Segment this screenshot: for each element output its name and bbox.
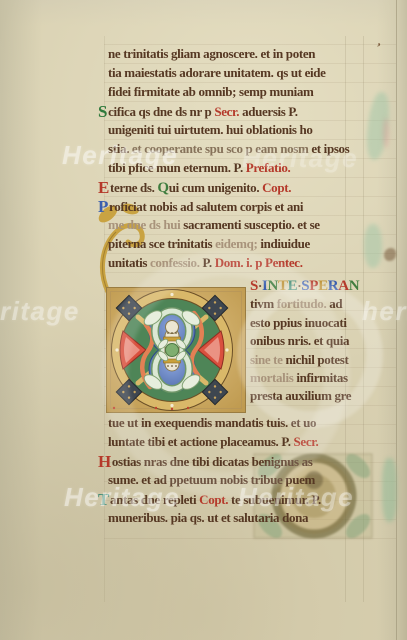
text-segment: et cooperante spu sco p eam nosm (132, 141, 309, 156)
text-segment: onibus nris. et quia (250, 333, 349, 348)
text-segment: sine te (250, 352, 285, 367)
text-segment: Prefatio. (246, 160, 291, 175)
text-segment: esto ppius inuocati (250, 315, 347, 330)
versal-initial: P (98, 197, 109, 216)
versal-initial: T (98, 490, 110, 509)
text-segment: terne ds. (110, 180, 157, 195)
text-segment: te subuenimur. P. (231, 492, 321, 507)
text-segment: N (349, 278, 359, 294)
text-segment: Copt. (199, 492, 231, 507)
text-segment: antas dne repleti (110, 492, 199, 507)
text-segment: stia. (108, 141, 132, 156)
text-line: muneribus. pia qs. ut et salutaria dona (108, 508, 396, 527)
text-segment: T (278, 278, 288, 294)
text-segment: me dne ds hui (108, 217, 183, 232)
text-line: fidei firmitate ab omnib; semp muniam (108, 82, 396, 101)
text-line: luntate tibi et actione placeamus. P. Se… (108, 432, 396, 451)
text-line: onibus nris. et quia (250, 332, 396, 350)
text-segment: piterna sce trinitatis (108, 236, 215, 251)
text-line: mortalis infirmitas (250, 369, 396, 387)
text-segment: tia maiestatis adorare unitatem. qs ut e… (108, 65, 326, 80)
text-segment: ad (329, 296, 342, 311)
text-line: ne trinitatis gliam agnoscere. et in pot… (108, 44, 396, 63)
text-line: sume. et ad ppetuum nobis tribue puem (108, 470, 396, 489)
text-segment: mortalis (250, 370, 296, 385)
text-segment: sacramenti susceptio. et se (183, 217, 319, 232)
text-segment: eidemq; (215, 236, 260, 251)
text-line: sine te nichil potest (250, 351, 396, 369)
text-segment: indiuidue (260, 236, 310, 251)
text-segment: muneribus. pia qs. ut et salutaria dona (108, 510, 308, 525)
text-line: stia. et cooperante spu sco p eam nosm e… (108, 139, 396, 158)
text-segment: Q (157, 180, 168, 196)
text-segment: E (318, 278, 328, 294)
text-line: tivm fortitudo. ad (250, 295, 396, 313)
text-line: unigeniti tui uirtutem. hui oblationis h… (108, 120, 396, 139)
text-segment: unitatis (108, 255, 150, 270)
text-column: ne trinitatis gliam agnoscere. et in pot… (108, 44, 396, 527)
versal-initial: S (98, 102, 108, 121)
text-line: presta auxilium gre (250, 387, 396, 405)
text-segment: N (268, 278, 278, 294)
text-segment: luntate tibi et actione placeamus. P. (108, 434, 294, 449)
text-segment: Secr. (214, 104, 242, 119)
text-line: tibi pfice mun eternum. P. Prefatio. (108, 158, 396, 177)
versal-initial: E (98, 178, 110, 197)
text-segment: S (250, 278, 258, 294)
text-segment: tue ut in exequendis mandatis tuis. et u… (108, 415, 316, 430)
text-segment: ne trinitatis gliam agnoscere. et in pot… (108, 46, 315, 61)
text-line: Proficiat nobis ad salutem corpis et ani (108, 196, 396, 215)
text-segment: fortitudo. (277, 296, 329, 311)
text-segment: nichil potest (285, 352, 348, 367)
text-line: tia maiestatis adorare unitatem. qs ut e… (108, 63, 396, 82)
text-line: Eterne ds. Qui cum unigenito. Copt. (108, 177, 396, 196)
text-segment: ui cum unigenito. (169, 180, 262, 195)
text-line: Scifica qs dne ds nr p Secr. aduersis P. (108, 101, 396, 120)
text-line: piterna sce trinitatis eidemq; indiuidue (108, 234, 396, 253)
text-segment: P. (203, 255, 215, 270)
text-segment: Secr. (294, 434, 319, 449)
text-segment: Copt. (262, 180, 291, 195)
text-line: Hostias nras dne tibi dicatas benignus a… (108, 451, 396, 470)
text-segment: P (309, 278, 318, 294)
versal-initial: H (98, 452, 112, 471)
text-segment: aduersis P. (242, 104, 298, 119)
text-segment: tibi pfice mun eternum. P. (108, 160, 246, 175)
text-segment: confessio. (150, 255, 202, 270)
text-segment: fidei firmitate ab omnib; semp muniam (108, 84, 314, 99)
page-edge (396, 0, 397, 640)
text-segment: unigeniti tui uirtutem. hui oblationis h… (108, 122, 313, 137)
text-line: Tantas dne repleti Copt. te subuenimur. … (108, 489, 396, 508)
text-segment: sume. et ad ppetuum nobis tribue puem (108, 472, 315, 487)
text-segment: Dom. i. p Pentec. (215, 255, 303, 270)
text-segment: cifica qs dne ds nr p (108, 104, 214, 119)
text-line: S·INTE·SPERAN (250, 277, 396, 295)
text-line: esto ppius inuocati (250, 314, 396, 332)
text-segment: R (328, 278, 338, 294)
text-segment: presta auxilium gre (250, 388, 351, 403)
text-segment: ostias nras dne tibi dicatas benignus as (112, 454, 313, 469)
text-segment: E (288, 278, 298, 294)
text-line: unitatis confessio. P. Dom. i. p Pentec. (108, 253, 396, 272)
text-line: tue ut in exequendis mandatis tuis. et u… (108, 413, 396, 432)
text-segment: infirmitas (296, 370, 347, 385)
text-line: me dne ds hui sacramenti susceptio. et s… (108, 215, 396, 234)
text-segment: roficiat nobis ad salutem corpis et ani (109, 199, 303, 214)
text-segment: et ipsos (308, 141, 349, 156)
manuscript-photo: ne trinitatis gliam agnoscere. et in pot… (0, 0, 407, 640)
text-segment: tivm (250, 296, 277, 311)
text-segment: A (338, 278, 348, 294)
